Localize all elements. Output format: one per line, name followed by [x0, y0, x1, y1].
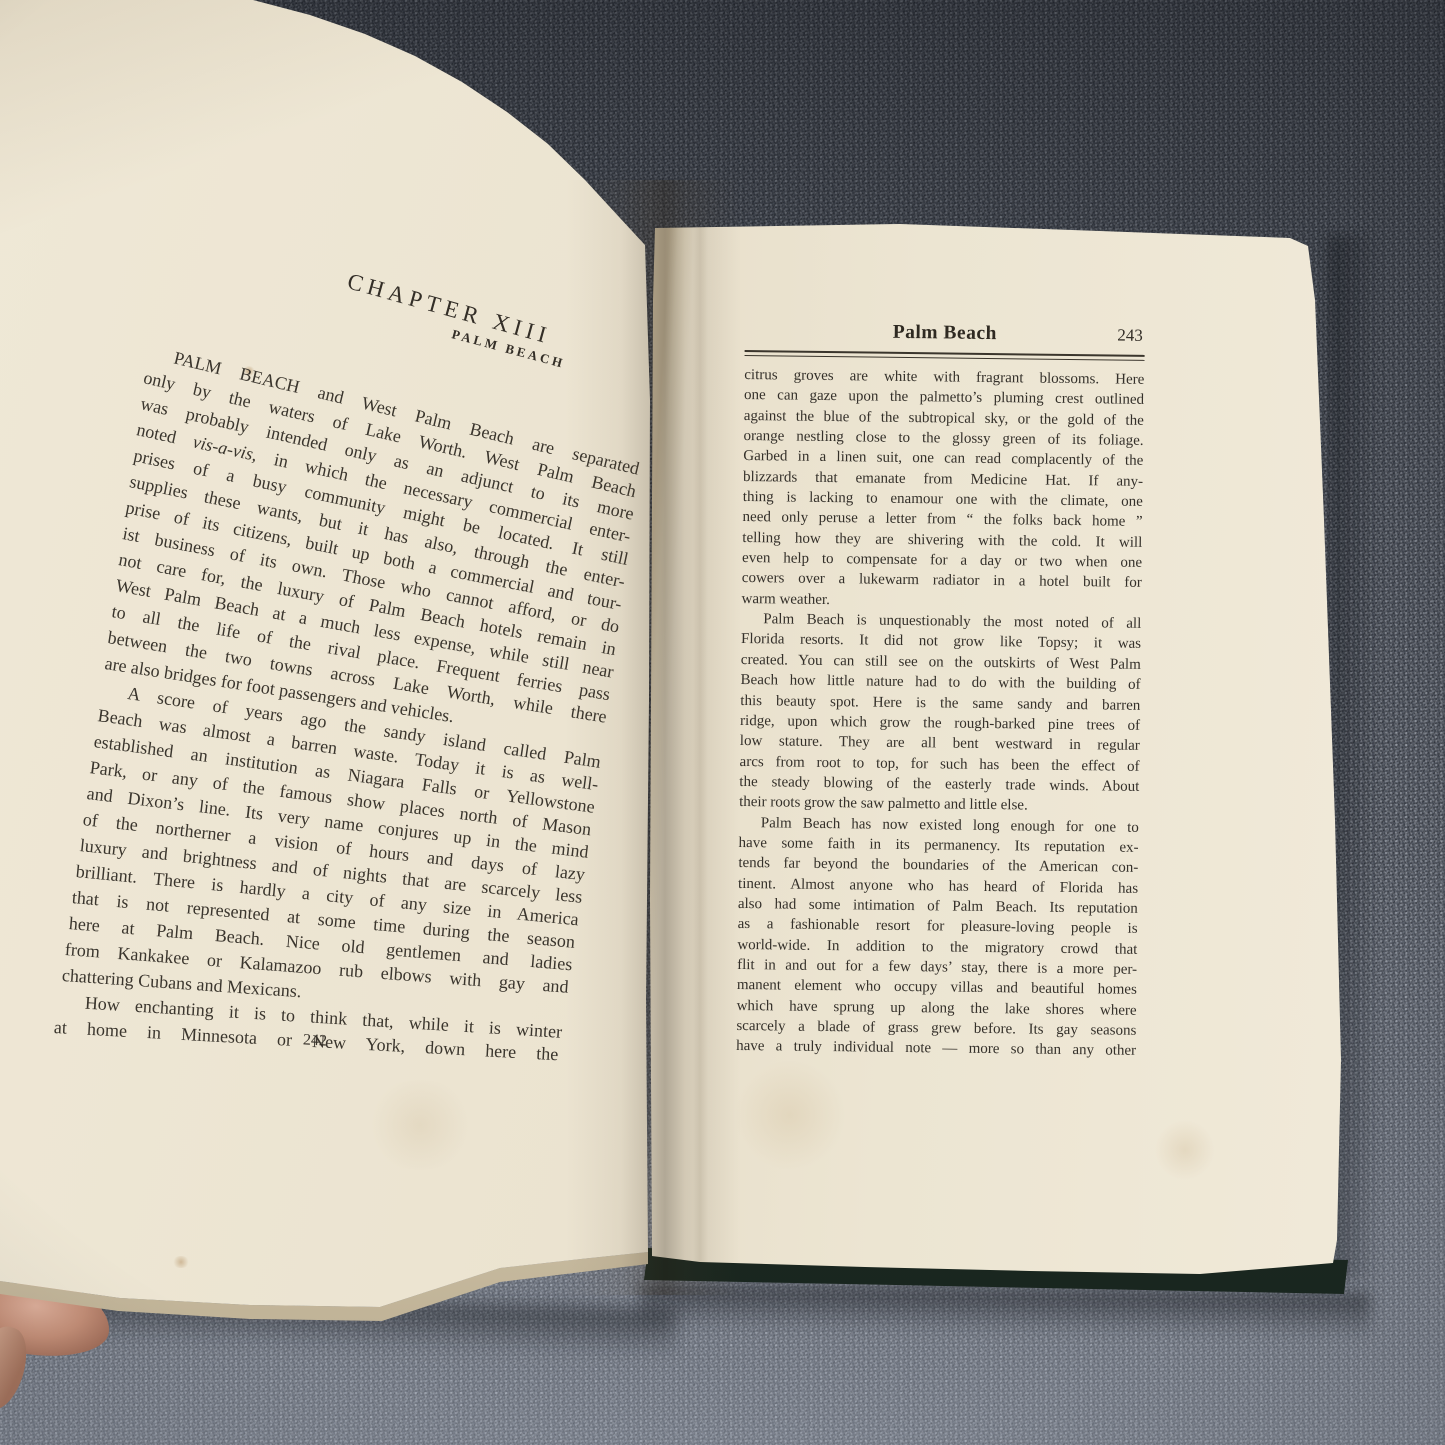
left-page-number: 242 — [303, 1031, 328, 1050]
right-page-content: Palm Beach 243 citrus groves are white w… — [736, 320, 1145, 1062]
left-page-text: PALM BEACH and West Palm Beach are separ… — [148, 338, 653, 1118]
right-page-number: 243 — [1117, 326, 1143, 346]
right-page-text: citrus groves are white with fragrant bl… — [736, 365, 1144, 1062]
running-header: Palm Beach 243 — [745, 320, 1145, 354]
page-edge-shadow-bottom-right — [640, 1283, 1371, 1351]
running-header-title: Palm Beach — [745, 320, 1145, 347]
